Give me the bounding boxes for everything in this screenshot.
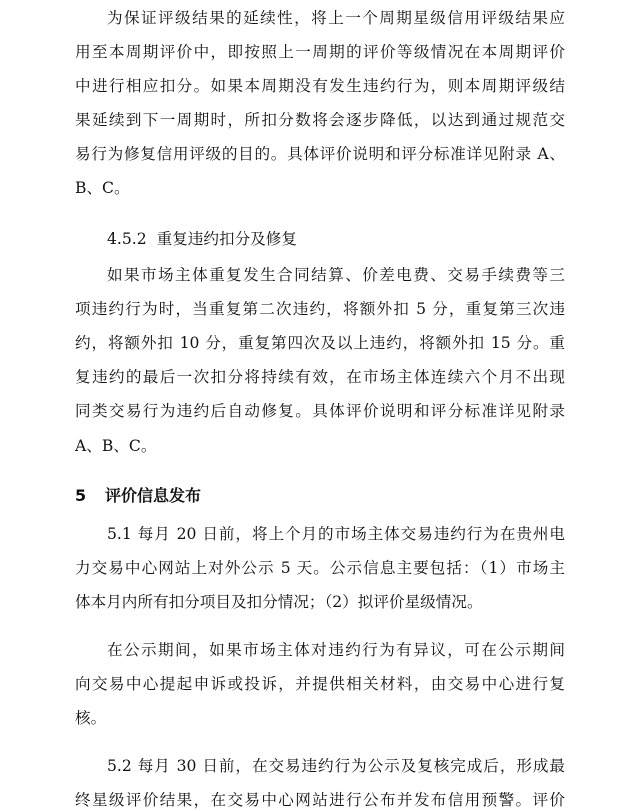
text-line: 5.1 每月 20 日前，将上个月的市场主体交易违约行为在贵州电 bbox=[75, 524, 565, 544]
section-title: 重复违约扣分及修复 bbox=[157, 230, 297, 248]
text-line: 果延续到下一周期时，所扣分数将会逐步降低，以达到通过规范交 bbox=[75, 110, 565, 130]
text-line: A、B、C。 bbox=[75, 436, 565, 456]
section-title: 评价信息发布 bbox=[105, 486, 201, 505]
text-line: 终星级评价结果，在交易中心网站进行公布并发布信用预警。评价 bbox=[75, 790, 565, 810]
text-line: 约，将额外扣 10 分，重复第四次及以上违约，将额外扣 15 分。重 bbox=[75, 333, 565, 353]
text-line: 易行为修复信用评级的目的。具体评价说明和评分标准详见附录 A、 bbox=[75, 144, 565, 164]
text-line: 如果市场主体重复发生合同结算、价差电费、交易手续费等三 bbox=[75, 265, 565, 285]
section-number: 4.5.2 bbox=[107, 230, 147, 248]
section-heading-4-5-2: 4.5.2 重复违约扣分及修复 bbox=[75, 229, 565, 249]
text-line: 力交易中心网站上对外公示 5 天。公示信息主要包括：（1）市场主 bbox=[75, 558, 565, 578]
text-line: B、C。 bbox=[75, 178, 565, 198]
text-line: 在公示期间，如果市场主体对违约行为有异议，可在公示期间 bbox=[75, 640, 565, 660]
text-line: 体本月内所有扣分项目及扣分情况；（2）拟评价星级情况。 bbox=[75, 592, 565, 612]
text-line: 中进行相应扣分。如果本周期没有发生违约行为，则本周期评级结 bbox=[75, 76, 565, 96]
text-line: 同类交易行为违约后自动修复。具体评价说明和评分标准详见附录 bbox=[75, 401, 565, 421]
text-line: 项违约行为时，当重复第二次违约，将额外扣 5 分，重复第三次违 bbox=[75, 299, 565, 319]
text-line: 核。 bbox=[75, 708, 565, 728]
text-line: 5.2 每月 30 日前，在交易违约行为公示及复核完成后，形成最 bbox=[75, 756, 565, 776]
section-heading-5: 5评价信息发布 bbox=[75, 486, 565, 506]
text-line: 复违约的最后一次扣分将持续有效，在市场主体连续六个月不出现 bbox=[75, 367, 565, 387]
text-line: 向交易中心提起申诉或投诉，并提供相关材料，由交易中心进行复 bbox=[75, 674, 565, 694]
text-line: 用至本周期评价中，即按照上一周期的评价等级情况在本周期评价 bbox=[75, 42, 565, 62]
section-number: 5 bbox=[75, 486, 105, 506]
text-line: 为保证评级结果的延续性，将上一个周期星级信用评级结果应 bbox=[75, 8, 565, 28]
